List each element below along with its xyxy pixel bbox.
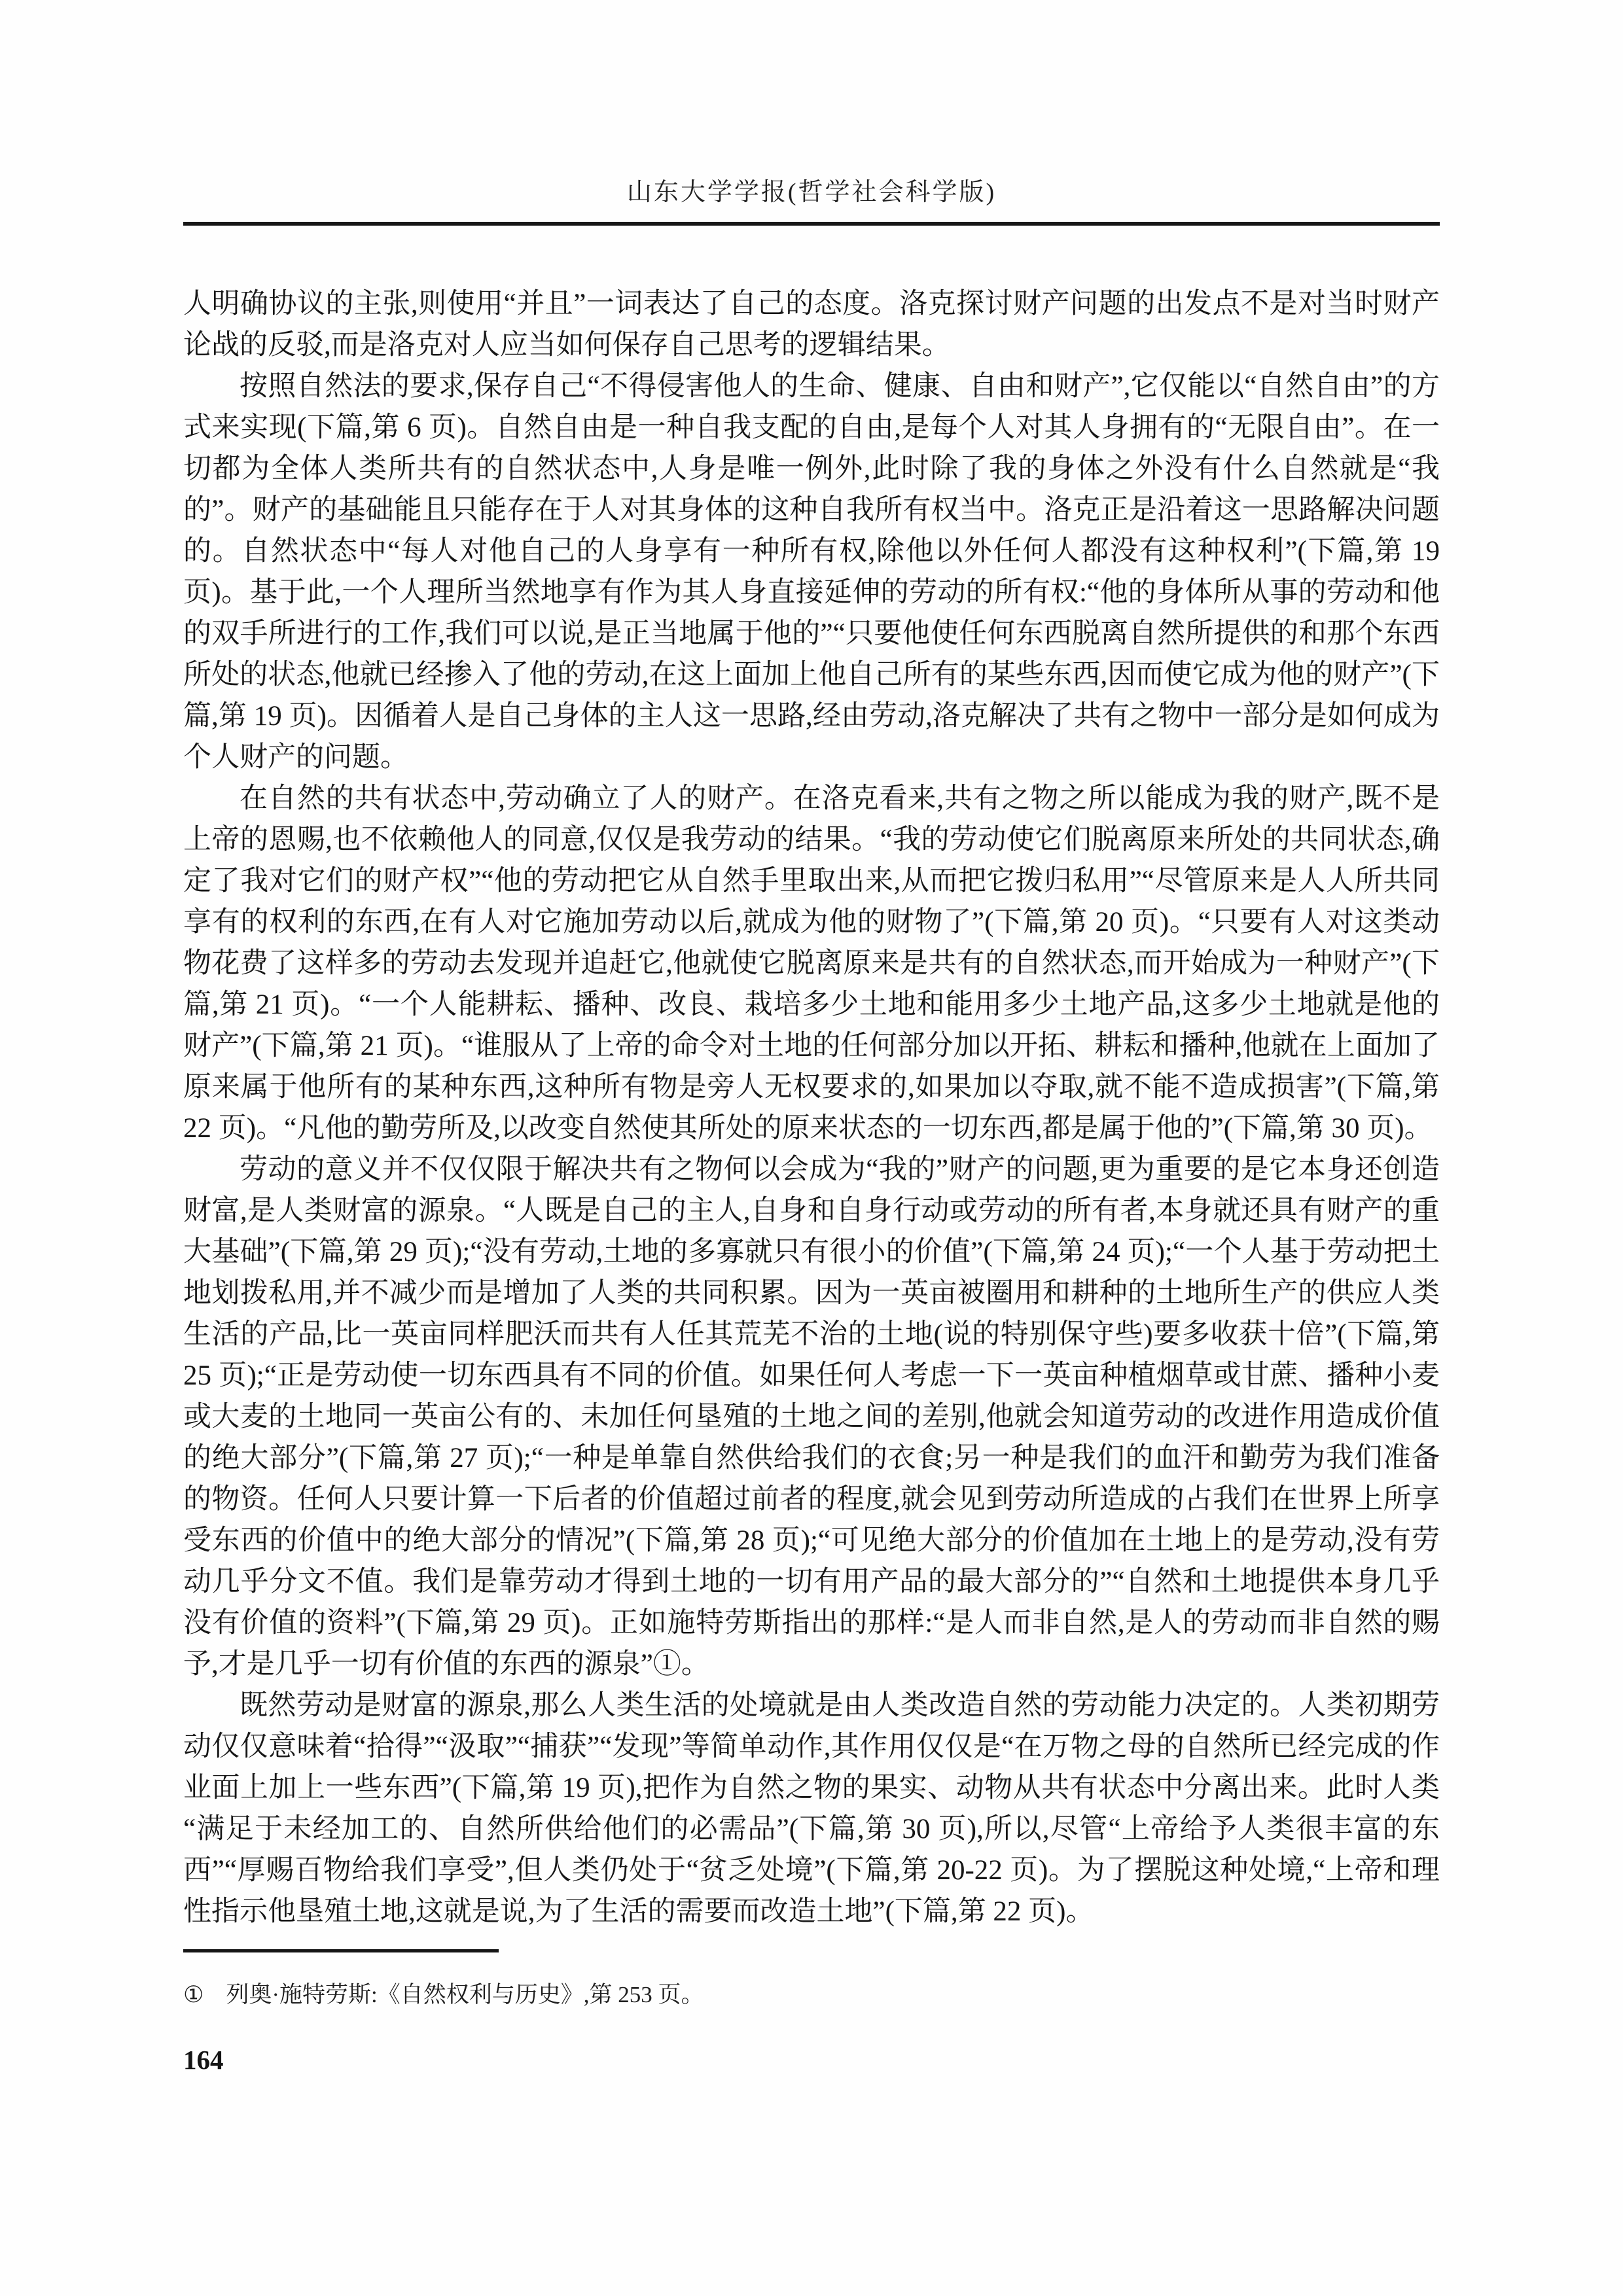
paragraph: 既然劳动是财富的源泉,那么人类生活的处境就是由人类改造自然的劳动能力决定的。人类… bbox=[183, 1685, 1440, 1932]
footnote-text: 列奥·施特劳斯:《自然权利与历史》,第 253 页。 bbox=[226, 1982, 704, 2007]
paragraph: 人明确协议的主张,则使用“并且”一词表达了自己的态度。洛克探讨财产问题的出发点不… bbox=[183, 283, 1440, 366]
paragraph: 劳动的意义并不仅仅限于解决共有之物何以会成为“我的”财产的问题,更为重要的是它本… bbox=[183, 1149, 1440, 1685]
text-column: 山东大学学报(哲学社会科学版) 人明确协议的主张,则使用“并且”一词表达了自己的… bbox=[183, 0, 1440, 2075]
journal-title: 山东大学学报(哲学社会科学版) bbox=[183, 171, 1440, 207]
paragraph: 按照自然法的要求,保存自己“不得侵害他人的生命、健康、自由和财产”,它仅能以“自… bbox=[183, 366, 1440, 778]
page-number: 164 bbox=[183, 2044, 1440, 2075]
footnote: ①列奥·施特劳斯:《自然权利与历史》,第 253 页。 bbox=[183, 1980, 1440, 2010]
footnote-separator bbox=[183, 1949, 499, 1952]
scanned-journal-page: 山东大学学报(哲学社会科学版) 人明确协议的主张,则使用“并且”一词表达了自己的… bbox=[0, 0, 1623, 2296]
article-body: 人明确协议的主张,则使用“并且”一词表达了自己的态度。洛克探讨财产问题的出发点不… bbox=[183, 283, 1440, 1932]
paragraph: 在自然的共有状态中,劳动确立了人的财产。在洛克看来,共有之物之所以能成为我的财产… bbox=[183, 778, 1440, 1149]
header-rule bbox=[183, 222, 1440, 226]
footnote-marker: ① bbox=[183, 1982, 204, 2007]
